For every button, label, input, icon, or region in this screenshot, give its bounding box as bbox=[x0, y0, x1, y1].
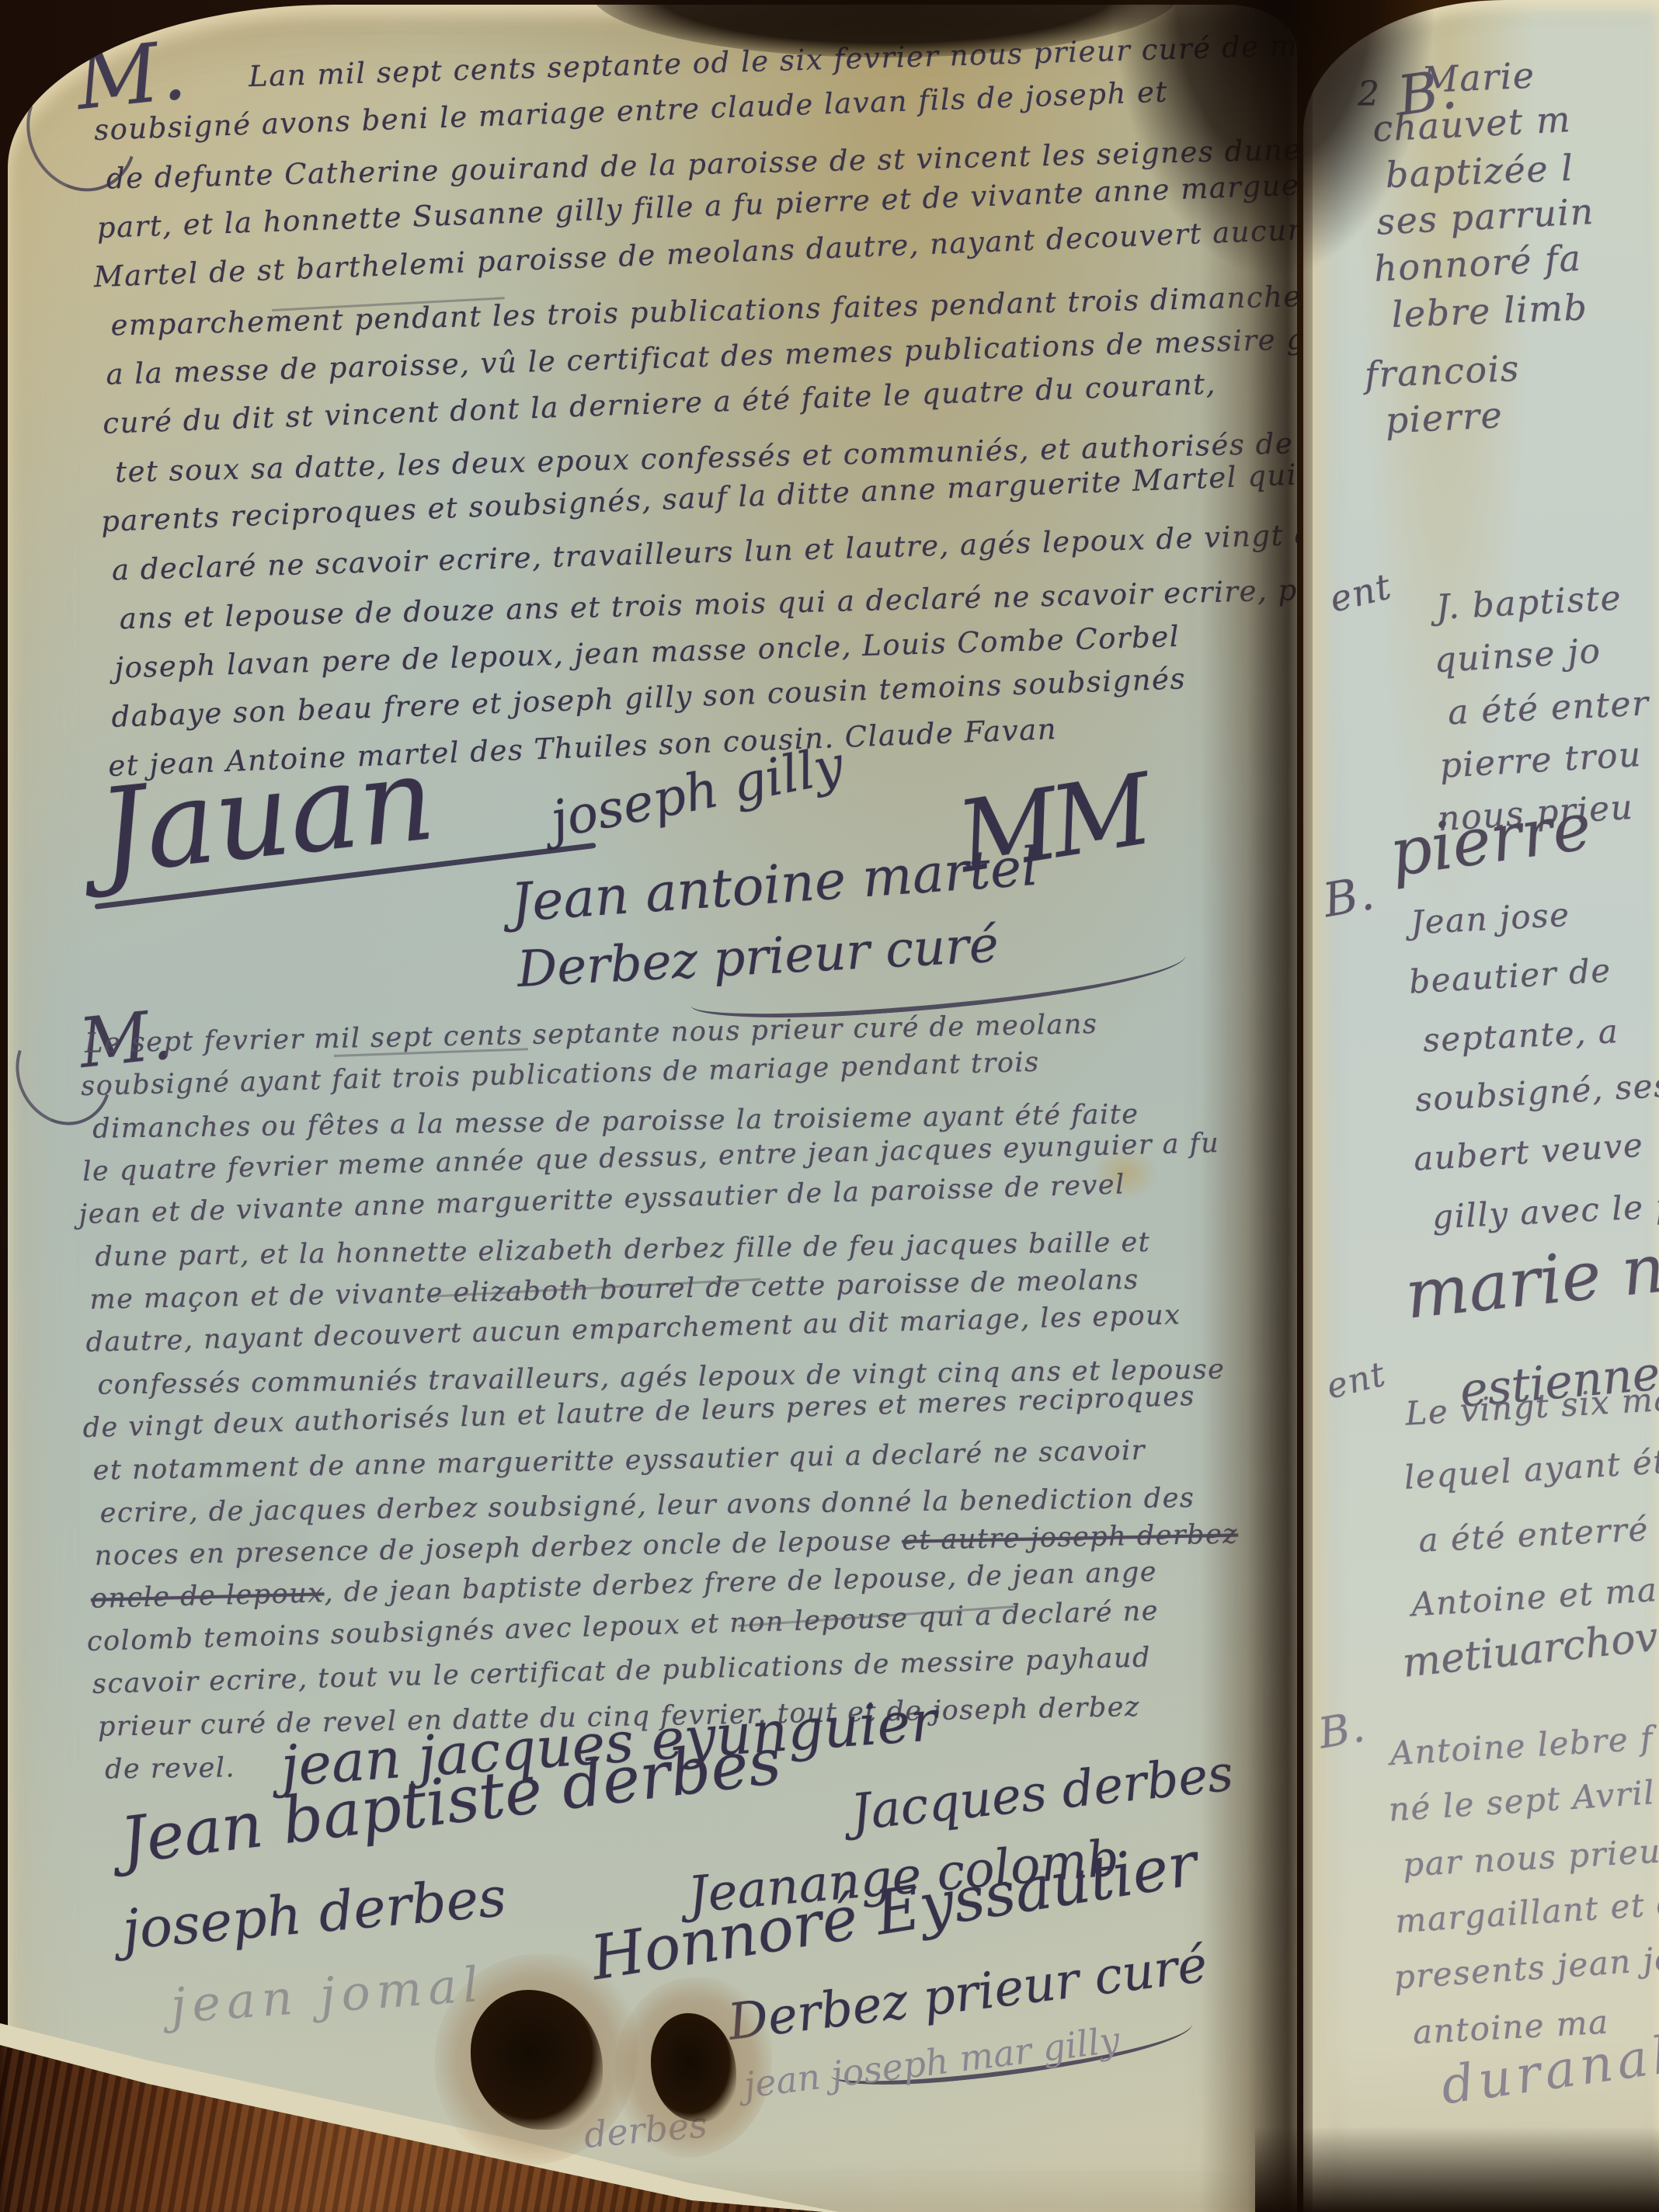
baptism-record-3: Antoine lebre fné le sept Avrilpar nous … bbox=[1389, 1704, 1659, 2061]
ink-blot bbox=[471, 1990, 603, 2130]
manuscript-line: pierre bbox=[1384, 387, 1604, 444]
margin-mark-burial-2: ent bbox=[1323, 1354, 1390, 1407]
baptism-record-1: Mariechauvet mbaptizée lses parruinhonno… bbox=[1421, 49, 1609, 441]
marriage-record-2: Le sept fevrier mil sept cents septante … bbox=[85, 1000, 1297, 1791]
manuscript-line: quinse jo bbox=[1433, 623, 1638, 687]
left-page: M. Lan mil sept cents septante od le six… bbox=[8, 5, 1297, 2212]
baptism-record-2: Jean josebeautier deseptante, asoubsigné… bbox=[1409, 878, 1659, 1247]
margin-mark-burial-1: ent bbox=[1326, 565, 1396, 621]
signature-graphite-scrawl: jean jomal bbox=[169, 1956, 486, 2034]
margin-mark-baptism-3: B. bbox=[1315, 1702, 1369, 1758]
margin-mark-baptism-2: B. bbox=[1319, 866, 1379, 928]
bottom-right-shadow bbox=[1255, 2127, 1659, 2212]
book-gutter-shadow bbox=[1200, 0, 1313, 2212]
binding-top-shadow bbox=[1111, 0, 1437, 280]
ink-blot bbox=[651, 2013, 736, 2122]
signature-joseph-derbes: joseph derbes bbox=[120, 1865, 508, 1962]
manuscript-photo: M. Lan mil sept cents septante od le six… bbox=[0, 0, 1659, 2212]
burial-record-2: Le vingt six malequel ayant été éa été e… bbox=[1403, 1365, 1659, 1636]
manuscript-line: lebre limb bbox=[1391, 283, 1610, 338]
